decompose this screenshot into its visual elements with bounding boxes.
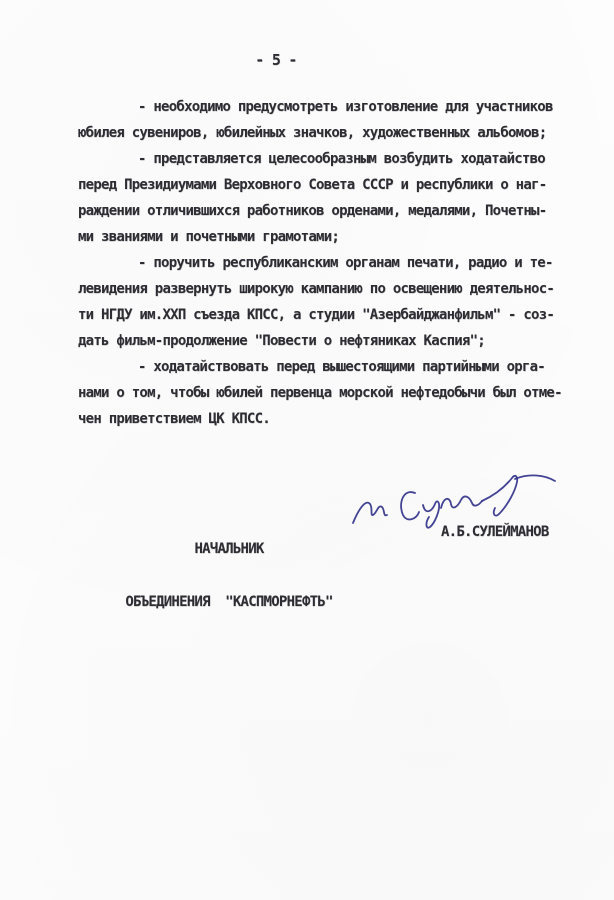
- text-line: дать фильм-продолжение "Повести о нефтян…: [78, 328, 578, 354]
- text-line: чен приветствием ЦК КПСС.: [78, 406, 578, 432]
- signer-name: А.Б.СУЛЕЙМАНОВ: [441, 524, 549, 541]
- text-line: ти НГДУ им.ХХП съезда КПСС, а студии "Аз…: [78, 302, 578, 328]
- document-page: - 5 - - необходимо предусмотреть изготов…: [0, 0, 614, 900]
- text-line: перед Президиумами Верховного Совета ССС…: [78, 172, 578, 198]
- text-line: - представляется целесообразным возбудит…: [78, 146, 578, 172]
- text-line: - необходимо предусмотреть изготовление …: [78, 94, 578, 120]
- text-line: ми званиями и почетными грамотами;: [78, 224, 578, 250]
- text-line: юбилея сувениров, юбилейных значков, худ…: [78, 120, 578, 146]
- signer-title-line2: ОБЪЕДИНЕНИЯ "КАСПМОРНЕФТЬ": [113, 594, 345, 612]
- signer-title-line1: НАЧАЛЬНИК: [113, 541, 345, 559]
- handwritten-signature: [349, 470, 557, 532]
- text-line: нами о том, чтобы юбилей первенца морско…: [78, 380, 578, 406]
- text-line: левидения развернуть широкую кампанию по…: [78, 276, 578, 302]
- text-line: раждении отличившихся работников орденам…: [78, 198, 578, 224]
- text-line: - ходатайствовать перед вышестоящими пар…: [78, 354, 578, 380]
- text-line: - поручить республиканским органам печат…: [78, 250, 578, 276]
- document-body: - необходимо предусмотреть изготовление …: [78, 94, 578, 432]
- page-number: - 5 -: [226, 50, 326, 70]
- signer-title: НАЧАЛЬНИК ОБЪЕДИНЕНИЯ "КАСПМОРНЕФТЬ": [113, 506, 345, 646]
